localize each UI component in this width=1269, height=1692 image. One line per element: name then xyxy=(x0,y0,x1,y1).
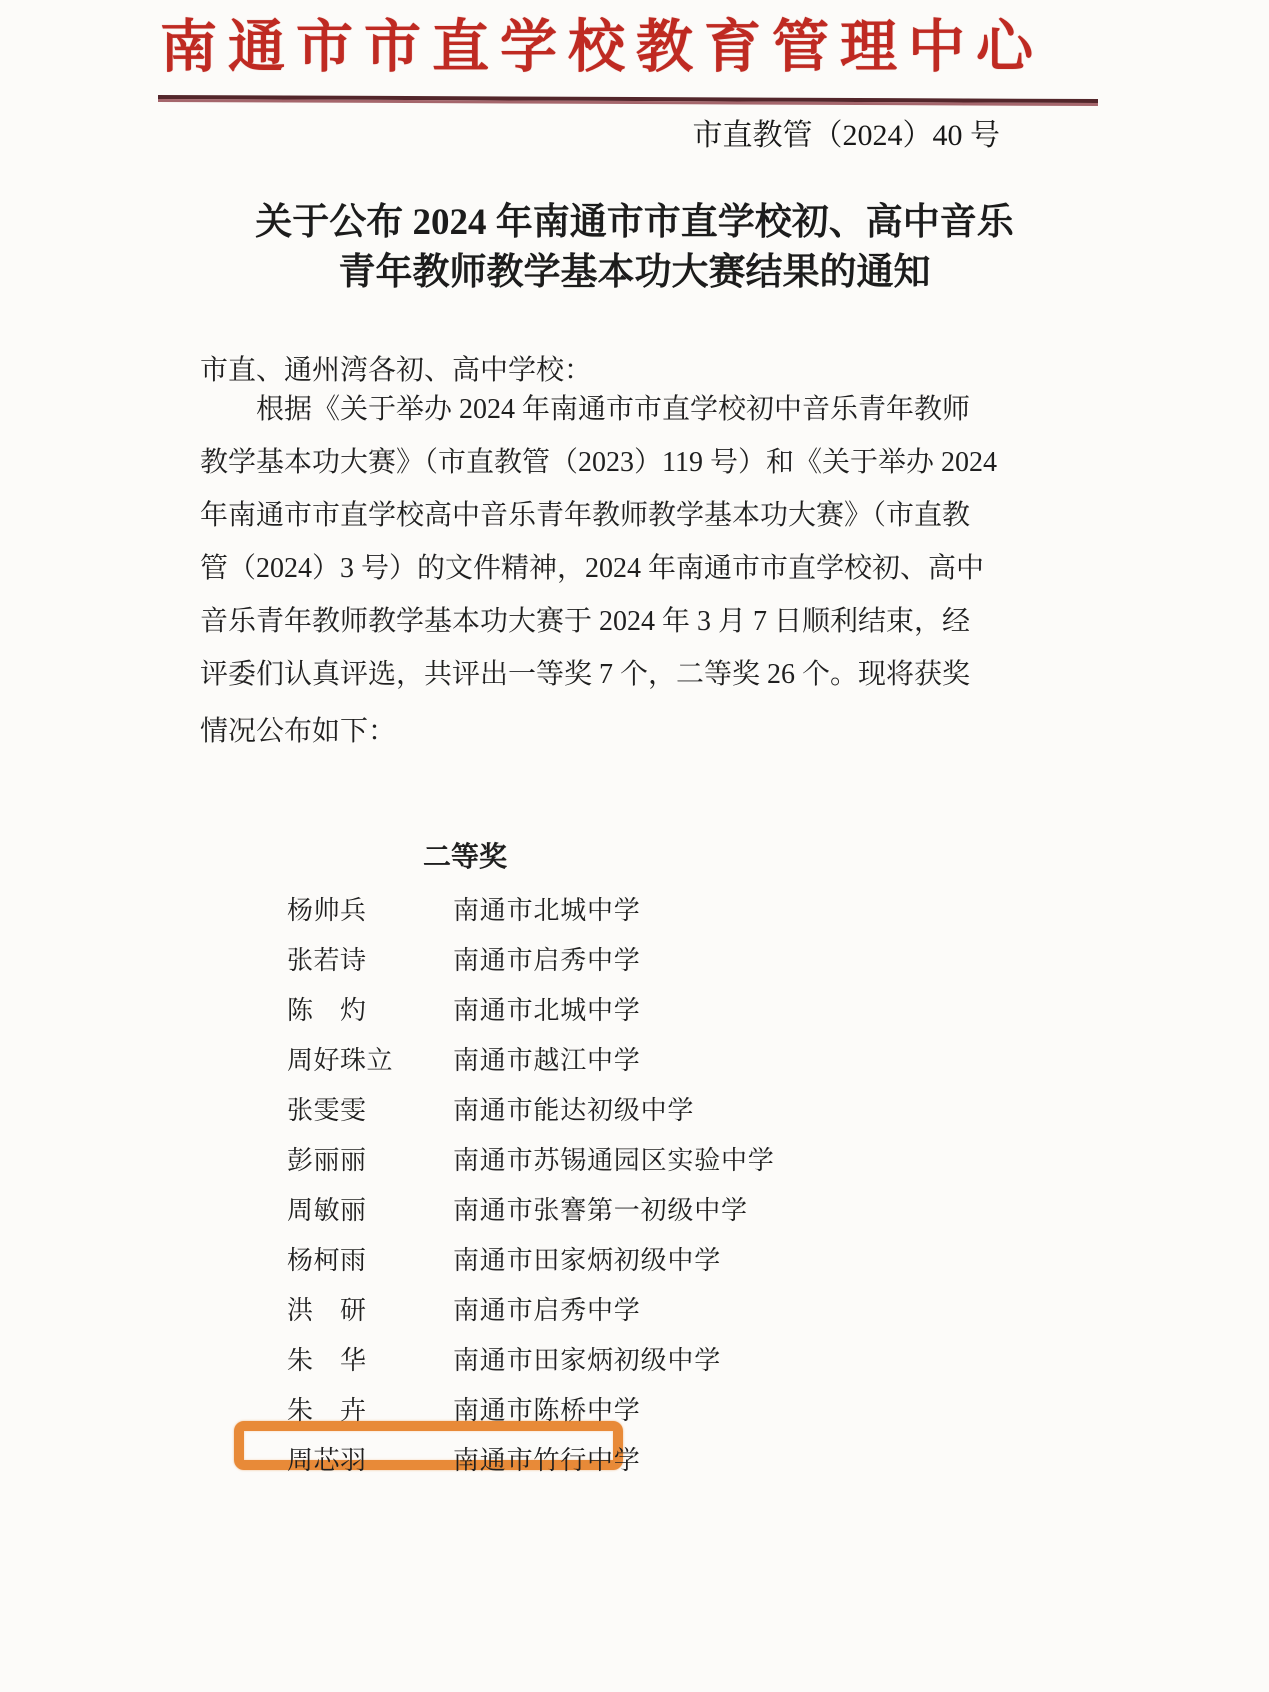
winner-row: 朱 华南通市田家炳初级中学 xyxy=(287,1333,1037,1383)
winner-school: 南通市田家炳初级中学 xyxy=(453,1240,721,1277)
winner-row: 杨柯雨南通市田家炳初级中学 xyxy=(287,1233,1037,1283)
winner-name: 洪 研 xyxy=(287,1290,391,1327)
document-number: 市直教管（2024）40 号 xyxy=(600,116,1000,156)
winner-name: 张雯雯 xyxy=(287,1090,391,1127)
winner-school: 南通市启秀中学 xyxy=(453,1290,641,1327)
notice-document-page: 南通市市直学校教育管理中心 市直教管（2024）40 号 关于公布 2024 年… xyxy=(0,0,1269,1692)
winner-name: 张若诗 xyxy=(287,940,391,977)
second-prize-section-title: 二等奖 xyxy=(423,840,507,876)
winner-name: 朱 卉 xyxy=(287,1390,391,1427)
winner-row: 陈 灼南通市北城中学 xyxy=(287,983,1037,1033)
body-paragraph-line: 管（2024）3 号）的文件精神，2024 年南通市市直学校初、高中 xyxy=(200,542,966,595)
body-paragraph-line: 音乐青年教师教学基本功大赛于 2024 年 3 月 7 日顺利结束，经 xyxy=(200,595,966,648)
winner-row: 杨帅兵南通市北城中学 xyxy=(287,883,1037,933)
winner-school: 南通市苏锡通园区实验中学 xyxy=(453,1140,775,1177)
body-paragraph-line: 年南通市市直学校高中音乐青年教师教学基本功大赛》（市直教 xyxy=(200,489,966,542)
winner-name: 陈 灼 xyxy=(287,990,391,1027)
document-title: 关于公布 2024 年南通市市直学校初、高中音乐 青年教师教学基本功大赛结果的通… xyxy=(42,198,1227,298)
document-title-line-1: 关于公布 2024 年南通市市直学校初、高中音乐 xyxy=(42,198,1227,248)
winner-school: 南通市北城中学 xyxy=(453,890,641,927)
winner-name: 周好珠立 xyxy=(287,1040,391,1077)
body-paragraph-line: 评委们认真评选，共评出一等奖 7 个，二等奖 26 个。现将获奖 xyxy=(200,648,966,701)
winner-school: 南通市田家炳初级中学 xyxy=(453,1340,721,1377)
winner-row: 张雯雯南通市能达初级中学 xyxy=(287,1083,1037,1133)
winner-name: 朱 华 xyxy=(287,1340,391,1377)
winner-row: 朱 卉南通市陈桥中学 xyxy=(287,1383,1037,1433)
winner-school: 南通市张謇第一初级中学 xyxy=(453,1190,748,1227)
body-paragraph-line: 教学基本功大赛》（市直教管（2023）119 号）和《关于举办 2024 xyxy=(200,436,966,489)
winner-school: 南通市越江中学 xyxy=(453,1040,641,1077)
winner-school: 南通市陈桥中学 xyxy=(453,1390,641,1427)
winner-row: 洪 研南通市启秀中学 xyxy=(287,1283,1037,1333)
letterhead-divider-rule xyxy=(158,95,1098,106)
winner-list: 杨帅兵南通市北城中学 张若诗南通市启秀中学 陈 灼南通市北城中学 周好珠立南通市… xyxy=(287,883,1037,1483)
body-paragraph: 根据《关于举办 2024 年南通市市直学校初中音乐青年教师教学基本功大赛》（市直… xyxy=(200,383,966,701)
winner-school: 南通市能达初级中学 xyxy=(453,1090,694,1127)
winner-row: 周敏丽南通市张謇第一初级中学 xyxy=(287,1183,1037,1233)
body-paragraph-line: 根据《关于举办 2024 年南通市市直学校初中音乐青年教师 xyxy=(200,383,966,436)
winner-row: 张若诗南通市启秀中学 xyxy=(287,933,1037,983)
winner-school: 南通市竹行中学 xyxy=(453,1440,641,1477)
winner-school: 南通市北城中学 xyxy=(453,990,641,1027)
closing-line: 情况公布如下： xyxy=(200,705,966,758)
winner-name: 周芯羽 xyxy=(287,1440,391,1477)
winner-name: 杨柯雨 xyxy=(287,1240,391,1277)
winner-name: 彭丽丽 xyxy=(287,1140,391,1177)
winner-row: 彭丽丽南通市苏锡通园区实验中学 xyxy=(287,1133,1037,1183)
winner-row: 周芯羽南通市竹行中学 xyxy=(287,1433,1037,1483)
letterhead-org-name: 南通市市直学校教育管理中心 xyxy=(160,9,1005,87)
winner-name: 杨帅兵 xyxy=(287,890,391,927)
document-title-line-2: 青年教师教学基本功大赛结果的通知 xyxy=(42,248,1227,298)
winner-name: 周敏丽 xyxy=(287,1190,391,1227)
winner-row: 周好珠立南通市越江中学 xyxy=(287,1033,1037,1083)
winner-school: 南通市启秀中学 xyxy=(453,940,641,977)
